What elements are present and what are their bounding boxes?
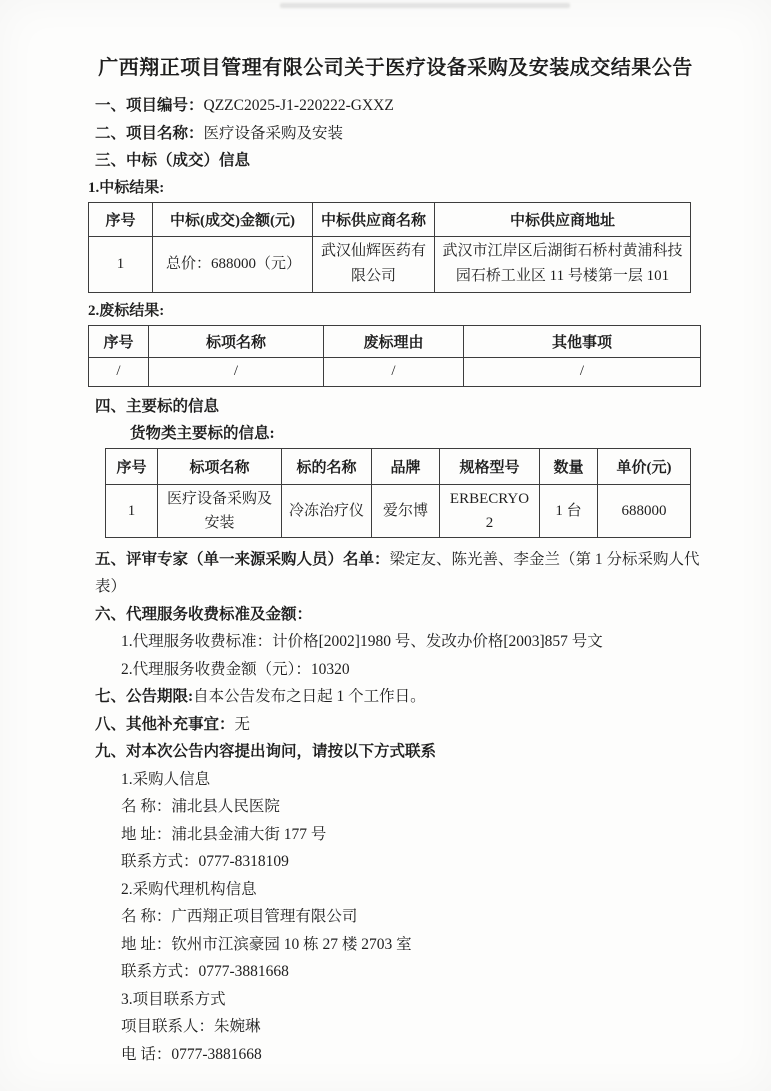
goods-col-price: 单价(元)	[598, 448, 691, 484]
page-title: 广西翔正项目管理有限公司关于医疗设备采购及安装成交结果公告	[88, 54, 703, 82]
purchaser-phone-label: 联系方式：	[121, 853, 199, 870]
other-matters-label: 八、其他补充事宜：	[95, 716, 235, 733]
agency-address-value: 钦州市江滨豪园 10 栋 27 楼 2703 室	[171, 936, 411, 953]
rejected-bid-table: 序号 标项名称 废标理由 其他事项 / / / /	[88, 325, 701, 387]
agency-fee-standard: 1.代理服务收费标准：计价格[2002]1980 号、发改办价格[2003]85…	[88, 628, 703, 656]
notice-period-label: 七、公告期限:	[95, 688, 193, 705]
section-project-number: 一、项目编号：QZZC2025-J1-220222-GXXZ	[88, 92, 703, 120]
section-project-name: 二、项目名称：医疗设备采购及安装	[88, 120, 703, 148]
award-cell-address: 武汉市江岸区后湖街石桥村黄浦科技园石桥工业区 11 号楼第一层 101	[435, 236, 691, 292]
award-col-seq: 序号	[89, 202, 153, 236]
project-number-value: QZZC2025-J1-220222-GXXZ	[204, 97, 394, 114]
scan-artifact	[280, 3, 570, 8]
experts-label: 五、评审专家（单一来源采购人员）名单：	[95, 551, 390, 568]
goods-col-brand: 品牌	[372, 448, 440, 484]
rejected-table-row: / / / /	[89, 357, 701, 386]
purchaser-heading: 1.采购人信息	[88, 766, 703, 794]
award-result-table: 序号 中标(成交)金额(元) 中标供应商名称 中标供应商地址 1 总价：6880…	[88, 202, 691, 293]
goods-cell-model: ERBECRYO 2	[440, 484, 540, 537]
award-cell-seq: 1	[89, 236, 153, 292]
rejected-col-other: 其他事项	[464, 325, 701, 357]
agency-phone: 联系方式：0777-3881668	[88, 958, 703, 986]
project-contact-person: 项目联系人：朱婉琳	[88, 1013, 703, 1041]
rejected-table-caption: 2.废标结果:	[88, 299, 703, 324]
award-cell-amount: 总价：688000（元）	[153, 236, 313, 292]
agency-heading: 2.采购代理机构信息	[88, 876, 703, 904]
award-table-row: 1 总价：688000（元） 武汉仙辉医药有限公司 武汉市江岸区后湖街石桥村黄浦…	[89, 236, 691, 292]
agency-name-value: 广西翔正项目管理有限公司	[171, 908, 357, 925]
section-experts: 五、评审专家（单一来源采购人员）名单：梁定友、陈光善、李金兰（第 1 分标采购人…	[88, 546, 703, 601]
goods-table-header-row: 序号 标项名称 标的名称 品牌 规格型号 数量 单价(元)	[106, 448, 691, 484]
project-contact-person-label: 项目联系人：	[121, 1018, 214, 1035]
other-matters-value: 无	[235, 716, 251, 733]
project-contact-person-value: 朱婉琳	[214, 1018, 261, 1035]
agency-fee-amount: 2.代理服务收费金额（元）：10320	[88, 656, 703, 684]
project-number-label: 一、项目编号：	[95, 97, 204, 114]
purchaser-address: 地 址：浦北县金浦大街 177 号	[88, 821, 703, 849]
goods-col-seq: 序号	[106, 448, 158, 484]
goods-col-model: 规格型号	[440, 448, 540, 484]
rejected-table-header-row: 序号 标项名称 废标理由 其他事项	[89, 325, 701, 357]
rejected-col-reason: 废标理由	[324, 325, 464, 357]
goods-cell-brand: 爱尔博	[372, 484, 440, 537]
goods-subject-table: 序号 标项名称 标的名称 品牌 规格型号 数量 单价(元) 1 医疗设备采购及安…	[105, 448, 691, 538]
goods-col-qty: 数量	[540, 448, 598, 484]
goods-cell-subject: 冷冻治疗仪	[282, 484, 372, 537]
project-contact-phone: 电 话：0777-3881668	[88, 1041, 703, 1069]
rejected-col-seq: 序号	[89, 325, 149, 357]
rejected-cell-reason: /	[324, 357, 464, 386]
section-agency-fee: 六、代理服务收费标准及金额：	[88, 601, 703, 629]
goods-cell-qty: 1 台	[540, 484, 598, 537]
section-notice-period: 七、公告期限:自本公告发布之日起 1 个工作日。	[88, 683, 703, 711]
project-contact-phone-label: 电 话：	[121, 1046, 171, 1063]
agency-address: 地 址：钦州市江滨豪园 10 栋 27 楼 2703 室	[88, 931, 703, 959]
notice-period-value: 自本公告发布之日起 1 个工作日。	[193, 688, 426, 705]
award-table-header-row: 序号 中标(成交)金额(元) 中标供应商名称 中标供应商地址	[89, 202, 691, 236]
purchaser-address-value: 浦北县金浦大街 177 号	[171, 826, 326, 843]
award-col-supplier: 中标供应商名称	[313, 202, 435, 236]
goods-table-row: 1 医疗设备采购及安装 冷冻治疗仪 爱尔博 ERBECRYO 2 1 台 688…	[106, 484, 691, 537]
purchaser-phone-value: 0777-8318109	[199, 853, 289, 870]
agency-address-label: 地 址：	[121, 936, 171, 953]
project-contact-heading: 3.项目联系方式	[88, 986, 703, 1014]
rejected-col-item: 标项名称	[149, 325, 324, 357]
purchaser-address-label: 地 址：	[121, 826, 171, 843]
goods-table-caption: 货物类主要标的信息:	[88, 420, 703, 448]
purchaser-name-value: 浦北县人民医院	[171, 798, 280, 815]
announcement-page: 广西翔正项目管理有限公司关于医疗设备采购及安装成交结果公告 一、项目编号：QZZ…	[0, 0, 771, 1091]
rejected-cell-item: /	[149, 357, 324, 386]
agency-phone-value: 0777-3881668	[199, 963, 289, 980]
goods-cell-item: 医疗设备采购及安装	[158, 484, 282, 537]
goods-cell-price: 688000	[598, 484, 691, 537]
section-contact-intro: 九、对本次公告内容提出询问，请按以下方式联系	[88, 738, 703, 766]
goods-col-item: 标项名称	[158, 448, 282, 484]
award-cell-supplier: 武汉仙辉医药有限公司	[313, 236, 435, 292]
project-name-label: 二、项目名称：	[95, 125, 204, 142]
purchaser-name-label: 名 称：	[121, 798, 171, 815]
goods-cell-seq: 1	[106, 484, 158, 537]
purchaser-name: 名 称：浦北县人民医院	[88, 793, 703, 821]
agency-name: 名 称：广西翔正项目管理有限公司	[88, 903, 703, 931]
rejected-cell-other: /	[464, 357, 701, 386]
agency-name-label: 名 称：	[121, 908, 171, 925]
project-name-value: 医疗设备采购及安装	[204, 125, 344, 142]
award-col-address: 中标供应商地址	[435, 202, 691, 236]
award-table-caption: 1.中标结果:	[88, 176, 703, 201]
agency-phone-label: 联系方式：	[121, 963, 199, 980]
award-col-amount: 中标(成交)金额(元)	[153, 202, 313, 236]
goods-col-subject: 标的名称	[282, 448, 372, 484]
rejected-cell-seq: /	[89, 357, 149, 386]
section-other-matters: 八、其他补充事宜：无	[88, 711, 703, 739]
section-award-info: 三、中标（成交）信息	[88, 147, 703, 175]
section-main-subject: 四、主要标的信息	[88, 393, 703, 421]
project-contact-phone-value: 0777-3881668	[171, 1046, 261, 1063]
purchaser-phone: 联系方式：0777-8318109	[88, 848, 703, 876]
